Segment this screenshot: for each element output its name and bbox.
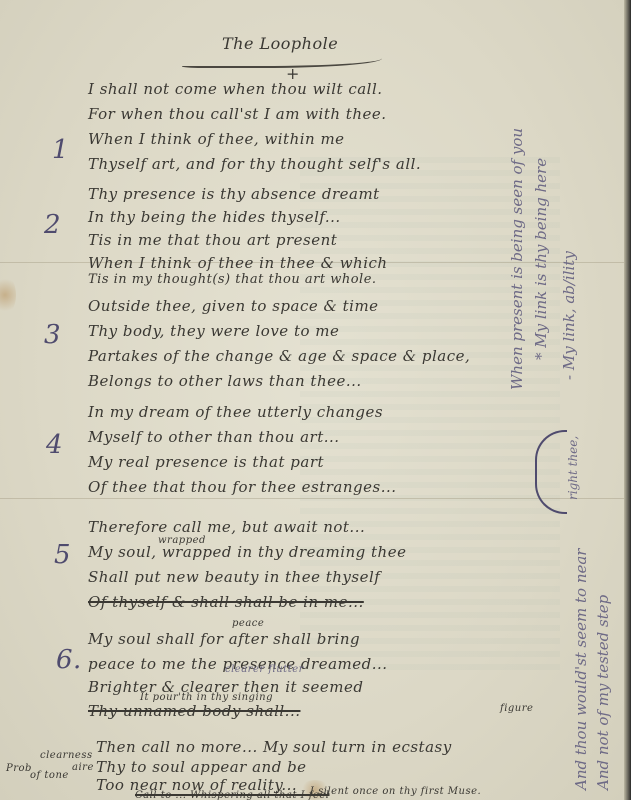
- margin-bracket: [535, 430, 567, 514]
- poem-line: When I think of thee, within me: [88, 130, 345, 148]
- poem-line: Of thyself & shall shall be in me...: [88, 593, 364, 611]
- poem-line: Then call no more... My soul turn in ecs…: [96, 738, 452, 756]
- margin-note: Prob: [6, 763, 32, 774]
- poem-line: I silent once on thy first Muse.: [310, 786, 481, 797]
- poem-line: Shall put new beauty in thee thyself: [88, 568, 380, 586]
- page-title: The Loophole: [222, 34, 338, 53]
- stanza-number: 1: [52, 135, 69, 165]
- poem-line: My real presence is that part: [88, 453, 324, 471]
- insert-note: clearer flutter: [225, 664, 304, 675]
- poem-line: Thy body, they were love to me: [88, 322, 339, 340]
- stanza-number: 3: [44, 320, 61, 350]
- poem-line: For when thou call'st I am with thee.: [88, 105, 387, 123]
- poem-line: Thy presence is thy absence dreamt: [88, 185, 380, 203]
- poem-line: My soul, wrapped in thy dreaming thee: [88, 543, 406, 561]
- margin-note-vertical: * My link is thy being here: [532, 158, 550, 360]
- poem-line: Thy to soul appear and be: [96, 758, 307, 776]
- fold-line: [0, 498, 624, 499]
- poem-line: Belongs to other laws than thee...: [88, 372, 362, 390]
- stanza-number: 5: [54, 540, 71, 570]
- margin-note-vertical: When present is being seen of you: [508, 128, 526, 390]
- poem-line: When I think of thee in thee & which: [88, 254, 388, 272]
- poem-line: I shall not come when thou wilt call.: [88, 80, 383, 98]
- poem-line: My soul shall for after shall bring: [88, 630, 360, 648]
- margin-note: clearness: [40, 750, 93, 761]
- poem-line: Call to ... Whispering all that I feel: [135, 790, 330, 800]
- insert-note: wrapped: [158, 535, 206, 546]
- poem-line: Outside thee, given to space & time: [88, 297, 379, 315]
- poem-line: Therefore call me, but await not...: [88, 518, 365, 536]
- margin-note-vertical: right thee,: [566, 436, 580, 500]
- margin-insert: figure: [500, 703, 533, 714]
- margin-note-vertical: And thou would'st seem to near: [572, 549, 590, 790]
- foxing-stain: [0, 275, 16, 315]
- manuscript-page: The Loophole + 1 2 3 4 5 6. I shall not …: [0, 0, 624, 800]
- margin-note: of tone: [30, 770, 69, 781]
- poem-line: Thyself art, and for thy thought self's …: [88, 155, 421, 173]
- poem-line: In thy being the hides thyself...: [88, 208, 341, 226]
- poem-line: Thy unnamed body shall...: [88, 702, 300, 720]
- stanza-number: 4: [46, 430, 63, 460]
- margin-note-vertical: - My link, ab/ility: [560, 251, 578, 380]
- stanza-number: 2: [44, 210, 61, 240]
- insert-note: peace: [232, 618, 264, 629]
- page-edge: [624, 0, 631, 800]
- title-underline: [182, 52, 382, 68]
- poem-line: Of thee that thou for thee estranges...: [88, 478, 397, 496]
- poem-line: Tis in me that thou art present: [88, 231, 337, 249]
- margin-note: aire: [72, 762, 94, 773]
- poem-line: Partakes of the change & age & space & p…: [88, 347, 470, 365]
- poem-line: Tis in my thought(s) that thou art whole…: [88, 272, 377, 287]
- stanza-number: 6.: [56, 645, 82, 675]
- margin-note-vertical: And not of my tested step: [594, 595, 612, 790]
- poem-line: In my dream of thee utterly changes: [88, 403, 383, 421]
- poem-line: Myself to other than thou art...: [88, 428, 340, 446]
